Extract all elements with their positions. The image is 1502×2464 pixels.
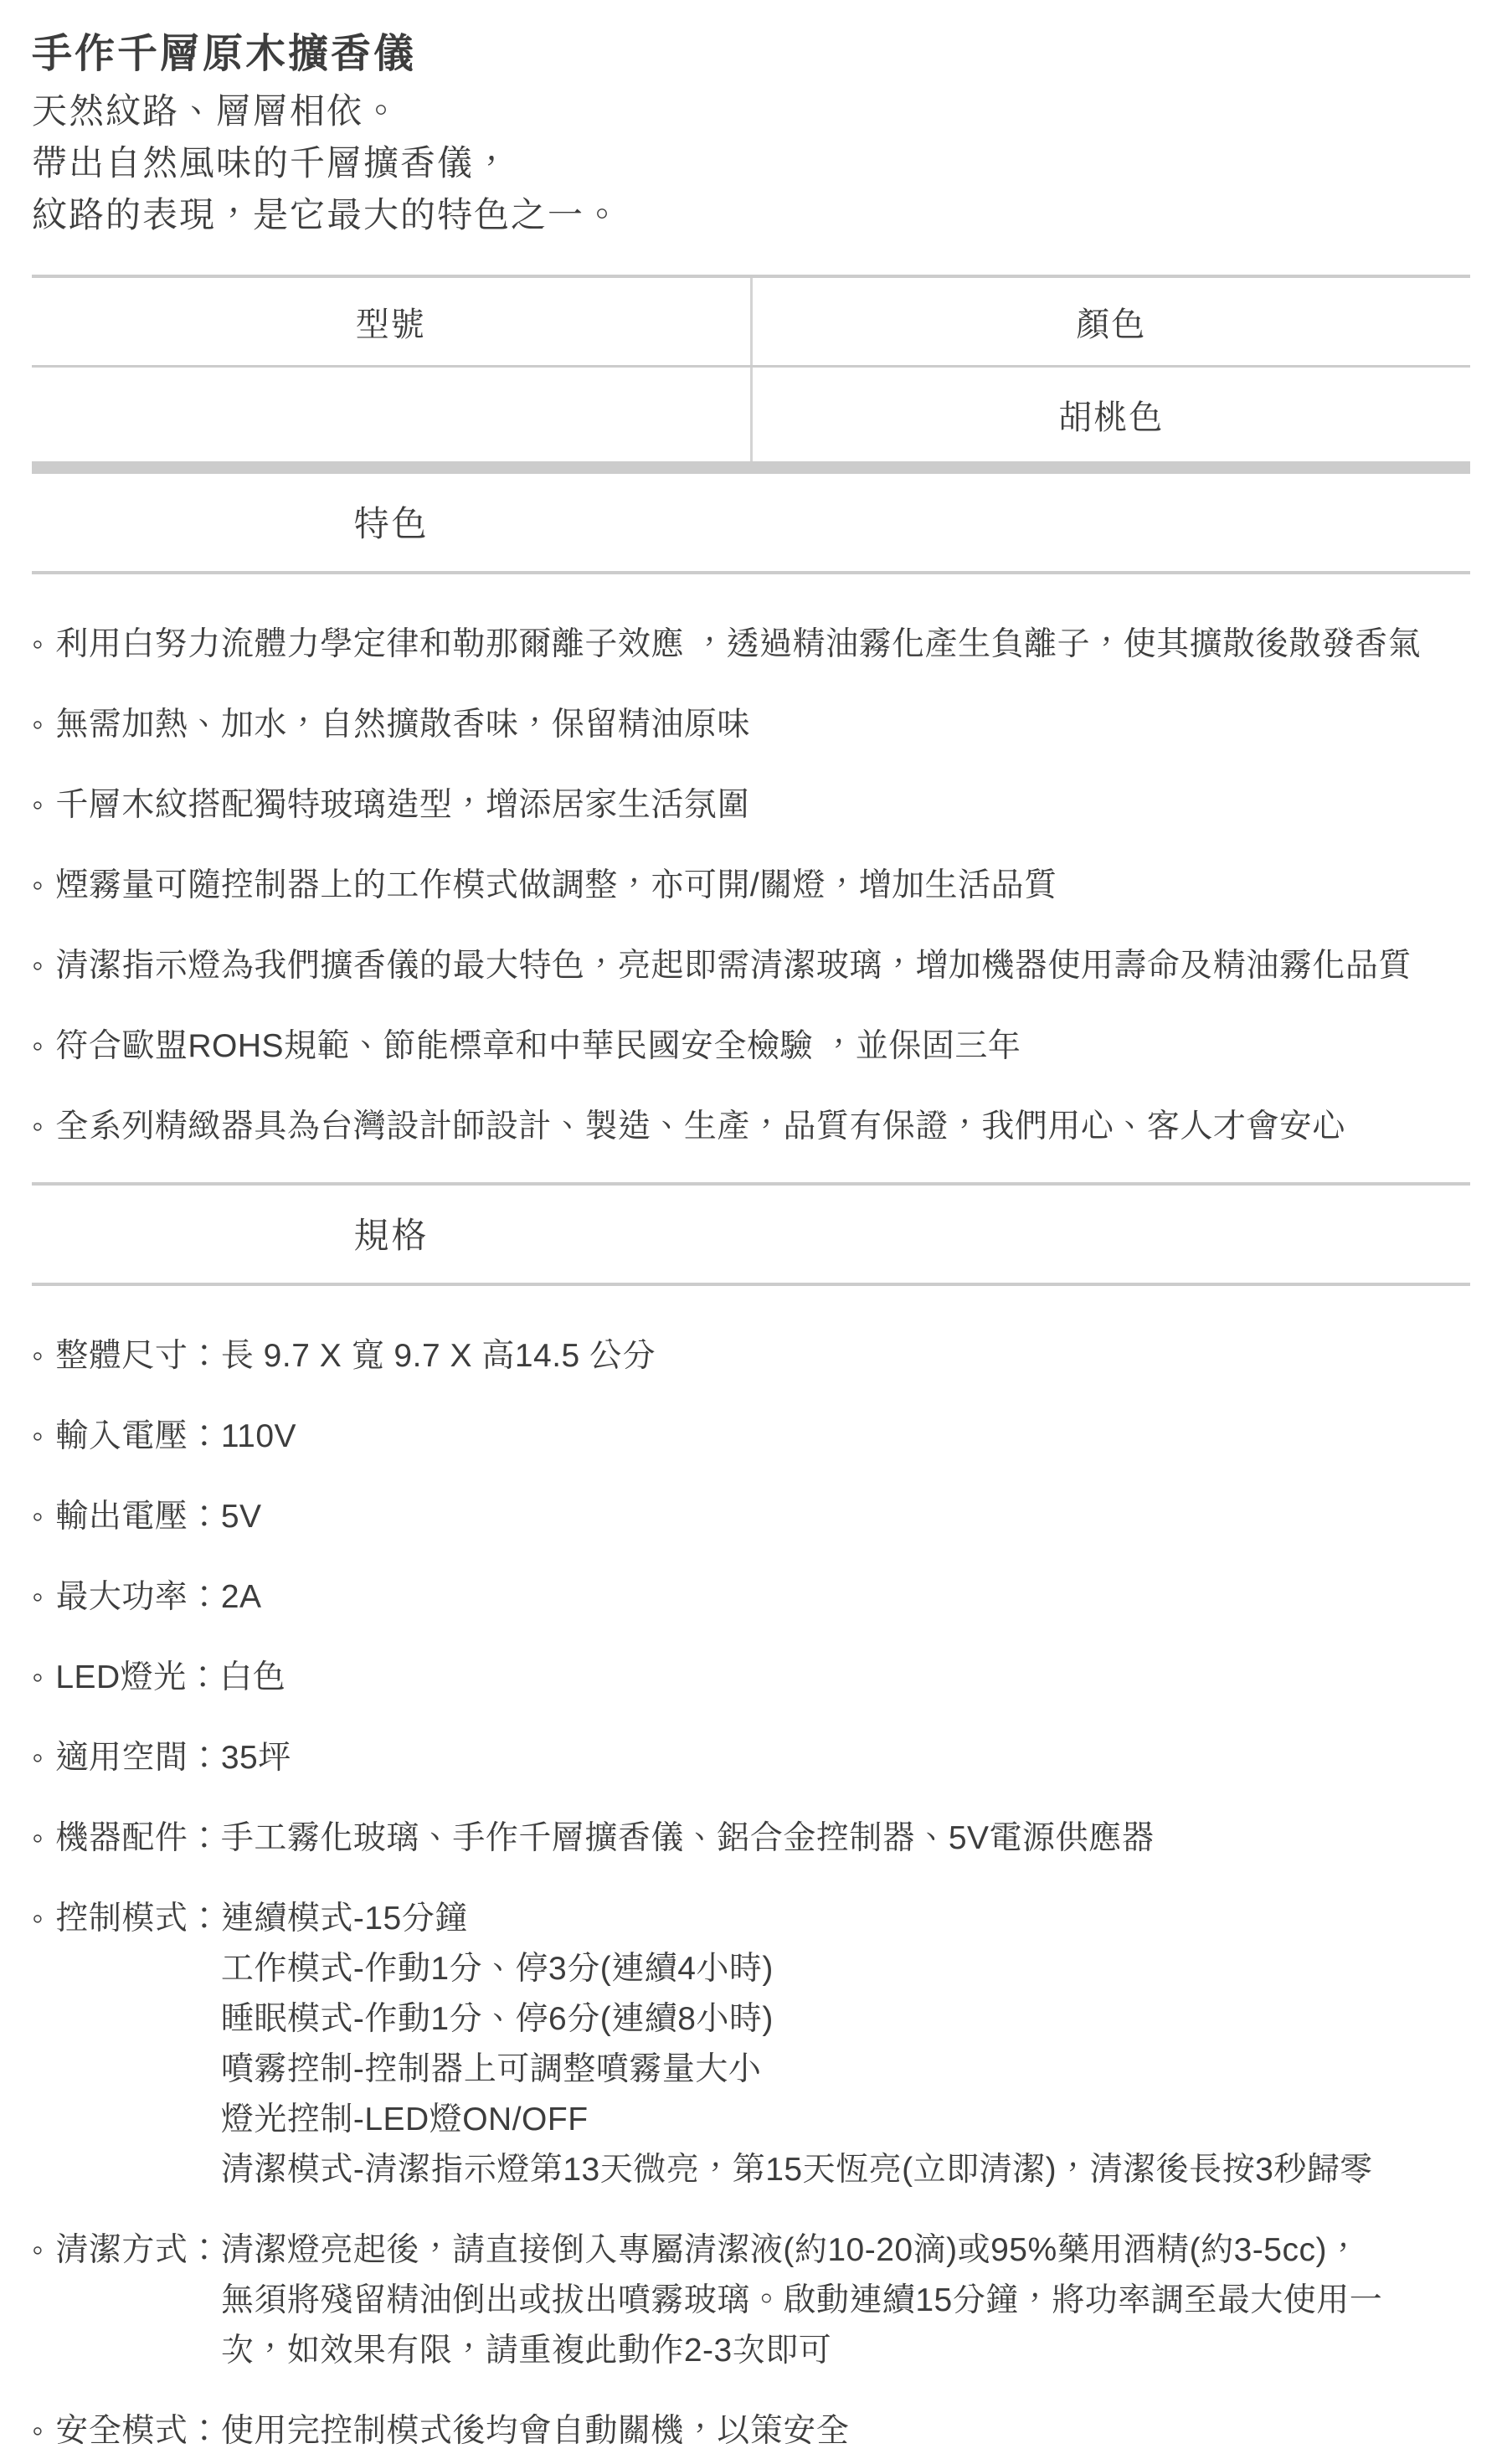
bullet-icon: ◦ — [32, 1733, 44, 1783]
bullet-icon: ◦ — [32, 1813, 44, 1864]
spec-value: 使用完控制模式後均會自動關機，以策安全 — [221, 2406, 1470, 2456]
bullet-icon: ◦ — [32, 861, 44, 911]
table-header-row: 型號 顏色 — [32, 276, 1470, 367]
spec-label: LED燈光： — [55, 1653, 219, 1703]
spec-item: ◦ 適用空間： 35坪 — [32, 1733, 1470, 1783]
feature-item: ◦ 無需加熱、加水，自然擴散香味，保留精油原味 — [32, 700, 1470, 750]
spec-item: ◦ LED燈光： 白色 — [32, 1653, 1470, 1703]
feature-text: 無需加熱、加水，自然擴散香味，保留精油原味 — [55, 700, 1470, 750]
bullet-icon: ◦ — [32, 1331, 44, 1381]
bullet-icon: ◦ — [32, 620, 44, 670]
bullet-icon: ◦ — [32, 1653, 44, 1703]
spec-label: 輸入電壓： — [55, 1412, 221, 1462]
spec-item-control-modes: ◦ 控制模式： 連續模式-15分鐘 工作模式-作動1分、停3分(連續4小時) 睡… — [32, 1894, 1470, 2195]
color-header-cell: 顏色 — [751, 276, 1470, 367]
bullet-icon: ◦ — [32, 1021, 44, 1072]
feature-text: 千層木紋搭配獨特玻璃造型，增添居家生活氛圍 — [55, 780, 1470, 831]
spec-value: 手工霧化玻璃、手作千層擴香儀、鋁合金控制器、5V電源供應器 — [221, 1813, 1470, 1864]
spec-item-safety: ◦ 安全模式： 使用完控制模式後均會自動關機，以策安全 — [32, 2406, 1470, 2456]
spec-value: 白色 — [219, 1653, 1470, 1703]
bullet-icon: ◦ — [32, 2406, 44, 2456]
features-heading-row: 特色 — [32, 474, 1470, 574]
feature-text: 符合歐盟ROHS規範、節能標章和中華民國安全檢驗 ，並保固三年 — [55, 1021, 1470, 1072]
spec-value-cleaning: 清潔燈亮起後，請直接倒入專屬清潔液(約10-20滴)或95%藥用酒精(約3-5c… — [221, 2225, 1470, 2376]
feature-item: ◦ 煙霧量可隨控制器上的工作模式做調整，亦可開/關燈，增加生活品質 — [32, 861, 1470, 911]
bullet-icon: ◦ — [32, 1572, 44, 1623]
feature-text: 清潔指示燈為我們擴香儀的最大特色，亮起即需清潔玻璃，增加機器使用壽命及精油霧化品… — [55, 941, 1470, 991]
bullet-icon: ◦ — [32, 1412, 44, 1462]
color-value-cell: 胡桃色 — [751, 367, 1470, 468]
spec-item-cleaning: ◦ 清潔方式： 清潔燈亮起後，請直接倒入專屬清潔液(約10-20滴)或95%藥用… — [32, 2225, 1470, 2376]
spec-item: ◦ 輸出電壓： 5V — [32, 1492, 1470, 1542]
bullet-icon: ◦ — [32, 941, 44, 991]
feature-text: 煙霧量可隨控制器上的工作模式做調整，亦可開/關燈，增加生活品質 — [55, 861, 1470, 911]
spec-value: 長 9.7 X 寬 9.7 X 高14.5 公分 — [221, 1331, 1470, 1381]
features-list: ◦ 利用白努力流體力學定律和勒那爾離子效應 ，透過精油霧化產生負離子，使其擴散後… — [32, 620, 1470, 1152]
specs-heading-row: 規格 — [32, 1182, 1470, 1286]
feature-item: ◦ 清潔指示燈為我們擴香儀的最大特色，亮起即需清潔玻璃，增加機器使用壽命及精油霧… — [32, 941, 1470, 991]
specs-heading: 規格 — [32, 1186, 751, 1283]
spec-value: 5V — [221, 1492, 1470, 1542]
bullet-icon: ◦ — [32, 780, 44, 831]
bullet-icon: ◦ — [32, 1894, 44, 1944]
intro-paragraph: 天然紋路、層層相依。 帶出自然風味的千層擴香儀， 紋路的表現，是它最大的特色之一… — [32, 85, 1470, 241]
bullet-icon: ◦ — [32, 1102, 44, 1152]
spec-item: ◦ 最大功率： 2A — [32, 1572, 1470, 1623]
spec-label: 清潔方式： — [55, 2225, 221, 2276]
spec-value: 110V — [221, 1412, 1470, 1462]
bullet-icon: ◦ — [32, 700, 44, 750]
spec-value-control-modes: 連續模式-15分鐘 工作模式-作動1分、停3分(連續4小時) 睡眠模式-作動1分… — [221, 1894, 1470, 2195]
table-value-row: 胡桃色 — [32, 367, 1470, 468]
spec-label: 機器配件： — [55, 1813, 221, 1864]
feature-item: ◦ 全系列精緻器具為台灣設計師設計、製造、生產，品質有保證，我們用心、客人才會安… — [32, 1102, 1470, 1152]
spec-item: ◦ 輸入電壓： 110V — [32, 1412, 1470, 1462]
spec-label: 安全模式： — [55, 2406, 221, 2456]
spec-value: 35坪 — [221, 1733, 1470, 1783]
spec-label: 控制模式： — [55, 1894, 221, 1944]
feature-item: ◦ 符合歐盟ROHS規範、節能標章和中華民國安全檢驗 ，並保固三年 — [32, 1021, 1470, 1072]
page-title: 手作千層原木擴香儀 — [32, 30, 1470, 79]
spec-item: ◦ 整體尺寸： 長 9.7 X 寬 9.7 X 高14.5 公分 — [32, 1331, 1470, 1381]
spec-item: ◦ 機器配件： 手工霧化玻璃、手作千層擴香儀、鋁合金控制器、5V電源供應器 — [32, 1813, 1470, 1864]
features-heading: 特色 — [32, 474, 751, 571]
model-value-cell — [32, 367, 751, 468]
spec-label: 輸出電壓： — [55, 1492, 221, 1542]
spec-value: 2A — [221, 1572, 1470, 1623]
feature-text: 全系列精緻器具為台灣設計師設計、製造、生產，品質有保證，我們用心、客人才會安心 — [55, 1102, 1470, 1152]
feature-item: ◦ 利用白努力流體力學定律和勒那爾離子效應 ，透過精油霧化產生負離子，使其擴散後… — [32, 620, 1470, 670]
bullet-icon: ◦ — [32, 1492, 44, 1542]
bullet-icon: ◦ — [32, 2225, 44, 2276]
product-description-page: 手作千層原木擴香儀 天然紋路、層層相依。 帶出自然風味的千層擴香儀， 紋路的表現… — [0, 0, 1502, 2464]
feature-item: ◦ 千層木紋搭配獨特玻璃造型，增添居家生活氛圍 — [32, 780, 1470, 831]
specs-list: ◦ 整體尺寸： 長 9.7 X 寬 9.7 X 高14.5 公分 ◦ 輸入電壓：… — [32, 1331, 1470, 2456]
model-header-cell: 型號 — [32, 276, 751, 367]
spec-label: 適用空間： — [55, 1733, 221, 1783]
model-color-table: 型號 顏色 胡桃色 — [32, 275, 1470, 474]
feature-text: 利用白努力流體力學定律和勒那爾離子效應 ，透過精油霧化產生負離子，使其擴散後散發… — [55, 620, 1470, 670]
spec-label: 最大功率： — [55, 1572, 221, 1623]
spec-label: 整體尺寸： — [55, 1331, 221, 1381]
